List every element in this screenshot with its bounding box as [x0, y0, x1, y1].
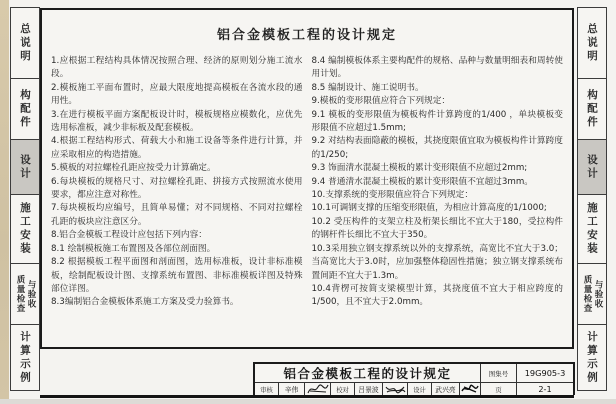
tab-label: 构配件: [585, 89, 599, 130]
clause: 9.3 饰面清水混凝土模板的累计变形限值不应超过2mm;: [312, 162, 564, 175]
page-number: 2-1: [517, 383, 573, 395]
sidebar-right-item-quality-inspection: 质量检查 与验收: [577, 263, 607, 325]
sidebar-left-item-quality-inspection: 质量检查 与验收: [10, 263, 40, 325]
clause: 8.5 编制设计、施工说明书。: [312, 82, 564, 95]
reviewer-signature: [305, 383, 331, 395]
clause: 5.模板的对拉螺栓孔距应按受力计算确定。: [51, 162, 303, 175]
clause: 10.支撑系统的变形限值应符合下列规定：: [312, 189, 564, 202]
sidebar-left-item-calc-examples: 计算示例: [10, 324, 40, 391]
clause: 3.在进行模板平面方案配板设计时，模板规格应模数化，应优先选用标准板，减少非标板…: [51, 109, 303, 136]
clause: 7.每块模板均应编号，且简单易懂；对不同规格、不同对拉螺栓孔距的板块应注意区分。: [51, 202, 303, 229]
clause: 8.1 绘制模板施工布置图及各部位剖面图。: [51, 243, 303, 256]
title-block-row-personnel: 审核 辛伟 校对 吕景波 设计 武兴亮 页 2-1: [255, 383, 573, 395]
sidebar-left-item-design: 设计: [10, 139, 40, 195]
proofreader-signature: [383, 383, 408, 395]
proofreader-name: 吕景波: [355, 383, 383, 395]
page-label: 页: [481, 383, 517, 395]
clause: 10.3采用独立钢支撑系统以外的支撑系统，高宽比不宜大于3.0；当高宽比大于3.…: [312, 243, 564, 283]
sidebar-left: 总说明 构配件 设计 施工安装 质量检查 与验收 计算示例: [10, 8, 40, 391]
sidebar-right-item-components: 构配件: [577, 78, 607, 140]
reviewer-label: 审核: [255, 383, 279, 395]
tab-label: 计算示例: [585, 331, 599, 385]
clause: 8.2 根据模板工程平面图和剖面图，选用标准板，设计非标准模板，绘制配板设计图、…: [51, 256, 303, 296]
atlas-number-value: 19G905-3: [517, 364, 573, 382]
sidebar-left-item-construction-install: 施工安装: [10, 194, 40, 264]
left-text-column: 1.应根据工程结构具体情况按照合理、经济的原则划分施工流水段。 2.模板施工平面…: [51, 55, 303, 310]
page-title: 铝合金模板工程的设计规定: [50, 24, 564, 43]
sidebar-right: 总说明 构配件 设计 施工安装 质量检查 与验收 计算示例: [577, 8, 607, 391]
sidebar-right-item-design: 设计: [577, 139, 607, 195]
clause: 6.每块模板的规格尺寸、对拉螺栓孔距、拼接方式按照流水使用要求，都应注意对称性。: [51, 176, 303, 203]
tab-label: 设计: [585, 154, 599, 181]
reviewer-name: 辛伟: [279, 383, 305, 395]
designer-label: 设计: [408, 383, 432, 395]
clause: 9.1 模板的变形限值为模板构件计算跨度的1/400 ，单块模板变形限值不应超过…: [312, 109, 564, 136]
designer-signature: [460, 383, 481, 395]
title-block: 铝合金模板工程的设计规定 图集号 19G905-3 审核 辛伟 校对 吕景波 设…: [253, 362, 575, 395]
scan-edge-bottom-strip: [0, 399, 616, 404]
tab-label: 施工安装: [585, 202, 599, 256]
two-column-text: 1.应根据工程结构具体情况按照合理、经济的原则划分施工流水段。 2.模板施工平面…: [50, 55, 564, 310]
scan-edge-strip: [0, 0, 9, 404]
tab-label-two-column: 质量检查 与验收: [581, 275, 603, 313]
clause: 4.根据工程结构形式、荷载大小和施工设备等条件进行计算，并应采取相应的构造措施。: [51, 135, 303, 162]
clause: 10.2 受压构件的支架立柱及桁架长细比不宜大于180，受拉构件的钢杆件长细比不…: [312, 216, 564, 243]
tab-label: 总说明: [18, 23, 32, 64]
clause: 2.模板施工平面布置时，应最大限度地提高模板在各流水段的通用性。: [51, 82, 303, 109]
tab-label: 施工安装: [18, 202, 32, 256]
clause: 9.2 对结构表面隐蔽的模板，其挠度限值宜取为模板构件计算跨度的1/250;: [312, 135, 564, 162]
clause: 8.3编制铝合金模板体系施工方案及受力验算书。: [51, 296, 303, 309]
title-block-title: 铝合金模板工程的设计规定: [255, 364, 481, 382]
right-text-column: 8.4 编制模板体系主要构配件的规格、品种与数量明细表和周转使用计划。 8.5 …: [312, 55, 564, 310]
content-frame: 铝合金模板工程的设计规定 1.应根据工程结构具体情况按照合理、经济的原则划分施工…: [40, 8, 574, 349]
clause: 10.4背楞可按简支梁模型计算，其挠度值不宜大于相应跨度的1/500，且不宜大于…: [312, 283, 564, 310]
clause: 10.1可调钢支撑的压缩变形限值，为相应计算高度的1/1000;: [312, 202, 564, 215]
tab-label-part2: 与验收: [25, 280, 36, 309]
tab-label: 总说明: [585, 23, 599, 64]
designer-name: 武兴亮: [432, 383, 460, 395]
sidebar-right-item-general-notes: 总说明: [577, 7, 607, 79]
tab-label-part1: 质量检查: [581, 275, 592, 313]
clause: 9.4 普通清水混凝土模板的累计变形限值不宜超过3mm。: [312, 176, 564, 189]
clause: 1.应根据工程结构具体情况按照合理、经济的原则划分施工流水段。: [51, 55, 303, 82]
sidebar-right-item-calc-examples: 计算示例: [577, 324, 607, 391]
tab-label-part2: 与验收: [592, 280, 603, 309]
tab-label-two-column: 质量检查 与验收: [14, 275, 36, 313]
sidebar-right-item-construction-install: 施工安装: [577, 194, 607, 264]
clause: 8.铝合金模板工程设计应包括下列内容：: [51, 229, 303, 242]
clause: 8.4 编制模板体系主要构配件的规格、品种与数量明细表和周转使用计划。: [312, 55, 564, 82]
tab-label: 设计: [18, 154, 32, 181]
tab-label-part1: 质量检查: [14, 275, 25, 313]
scanned-atlas-page: 总说明 构配件 设计 施工安装 质量检查 与验收 计算示例 总说明 构配件: [0, 0, 616, 404]
title-block-row-main: 铝合金模板工程的设计规定 图集号 19G905-3: [255, 364, 573, 383]
tab-label: 计算示例: [18, 331, 32, 385]
tab-label: 构配件: [18, 89, 32, 130]
atlas-number-label: 图集号: [481, 364, 517, 382]
sidebar-left-item-components: 构配件: [10, 78, 40, 140]
sidebar-left-item-general-notes: 总说明: [10, 7, 40, 79]
clause: 9.模板的变形限值应符合下列规定：: [312, 95, 564, 108]
proofreader-label: 校对: [331, 383, 355, 395]
bottom-border-rule: [40, 395, 574, 398]
